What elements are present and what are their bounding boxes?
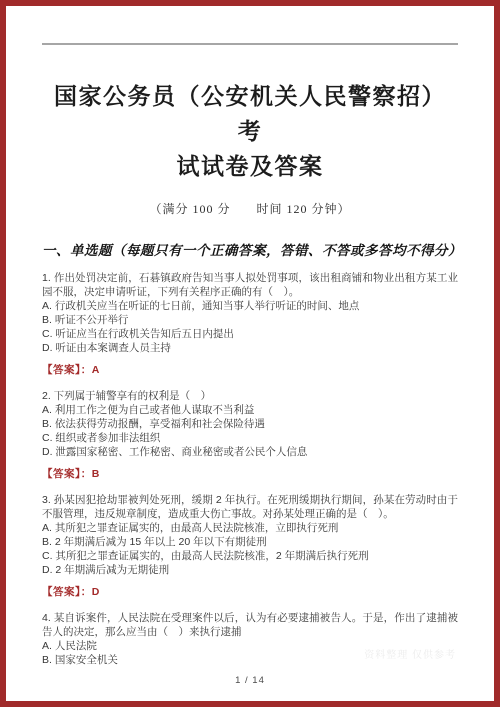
option: A. 行政机关应当在听证的七日前，通知当事人举行听证的时间、地点 bbox=[42, 299, 458, 313]
page-title: 国家公务员（公安机关人民警察招）考 试试卷及答案 bbox=[42, 79, 458, 184]
question-list: 1. 作出处罚决定前，石碁镇政府告知当事人拟处罚事项，该出租商铺和物业出租方某工… bbox=[42, 271, 458, 667]
option: D. 泄露国家秘密、工作秘密、商业秘密或者公民个人信息 bbox=[42, 445, 458, 459]
option-list: A. 其所犯之罪查证属实的，由最高人民法院核准，立即执行死刑B. 2 年期满后减… bbox=[42, 521, 458, 577]
answer-label: 【答案】：B bbox=[42, 467, 458, 481]
question-stem: 3. 孙某因犯抢劫罪被判处死刑，缓期 2 年执行。在死刑缓期执行期间，孙某在劳动… bbox=[42, 493, 458, 521]
page-title-line1: 国家公务员（公安机关人民警察招）考 bbox=[42, 79, 458, 149]
answer-label: 【答案】：A bbox=[42, 363, 458, 377]
question-block: 3. 孙某因犯抢劫罪被判处死刑，缓期 2 年执行。在死刑缓期执行期间，孙某在劳动… bbox=[42, 493, 458, 599]
option: C. 其所犯之罪查证属实的，由最高人民法院核准，2 年期满后执行死刑 bbox=[42, 549, 458, 563]
section-heading: 一、单选题（每题只有一个正确答案，答错、不答或多答均不得分） bbox=[42, 239, 458, 259]
option: B. 听证不公开举行 bbox=[42, 313, 458, 327]
question-stem: 4. 某自诉案件，人民法院在受理案件以后，认为有必要逮捕被告人。于是，作出了逮捕… bbox=[42, 611, 458, 639]
question-block: 1. 作出处罚决定前，石碁镇政府告知当事人拟处罚事项，该出租商铺和物业出租方某工… bbox=[42, 271, 458, 377]
option: C. 听证应当在行政机关告知后五日内提出 bbox=[42, 327, 458, 341]
option: C. 组织或者参加非法组织 bbox=[42, 431, 458, 445]
exam-page: 国家公务员（公安机关人民警察招）考 试试卷及答案 （满分 100 分 时间 12… bbox=[0, 0, 500, 707]
watermark: 资料整理 仅供参考 bbox=[364, 646, 456, 661]
question-stem: 1. 作出处罚决定前，石碁镇政府告知当事人拟处罚事项，该出租商铺和物业出租方某工… bbox=[42, 271, 458, 299]
answer-label: 【答案】：D bbox=[42, 585, 458, 599]
option: A. 其所犯之罪查证属实的，由最高人民法院核准，立即执行死刑 bbox=[42, 521, 458, 535]
option: D. 听证由本案调查人员主持 bbox=[42, 341, 458, 355]
option: B. 依法获得劳动报酬，享受福利和社会保险待遇 bbox=[42, 417, 458, 431]
question-block: 2. 下列属于辅警享有的权利是（ ） A. 利用工作之便为自己或者他人谋取不当利… bbox=[42, 389, 458, 481]
score-time-note: （满分 100 分 时间 120 分钟） bbox=[42, 200, 458, 217]
option: A. 利用工作之便为自己或者他人谋取不当利益 bbox=[42, 403, 458, 417]
page-title-line2: 试试卷及答案 bbox=[42, 149, 458, 184]
option-list: A. 行政机关应当在听证的七日前，通知当事人举行听证的时间、地点B. 听证不公开… bbox=[42, 299, 458, 355]
option: D. 2 年期满后减为无期徒刑 bbox=[42, 563, 458, 577]
page-number: 1 / 14 bbox=[42, 675, 458, 686]
option-list: A. 利用工作之便为自己或者他人谋取不当利益B. 依法获得劳动报酬，享受福利和社… bbox=[42, 403, 458, 459]
option: B. 2 年期满后减为 15 年以上 20 年以下有期徒刑 bbox=[42, 535, 458, 549]
question-stem: 2. 下列属于辅警享有的权利是（ ） bbox=[42, 389, 458, 403]
header-divider bbox=[42, 43, 458, 45]
